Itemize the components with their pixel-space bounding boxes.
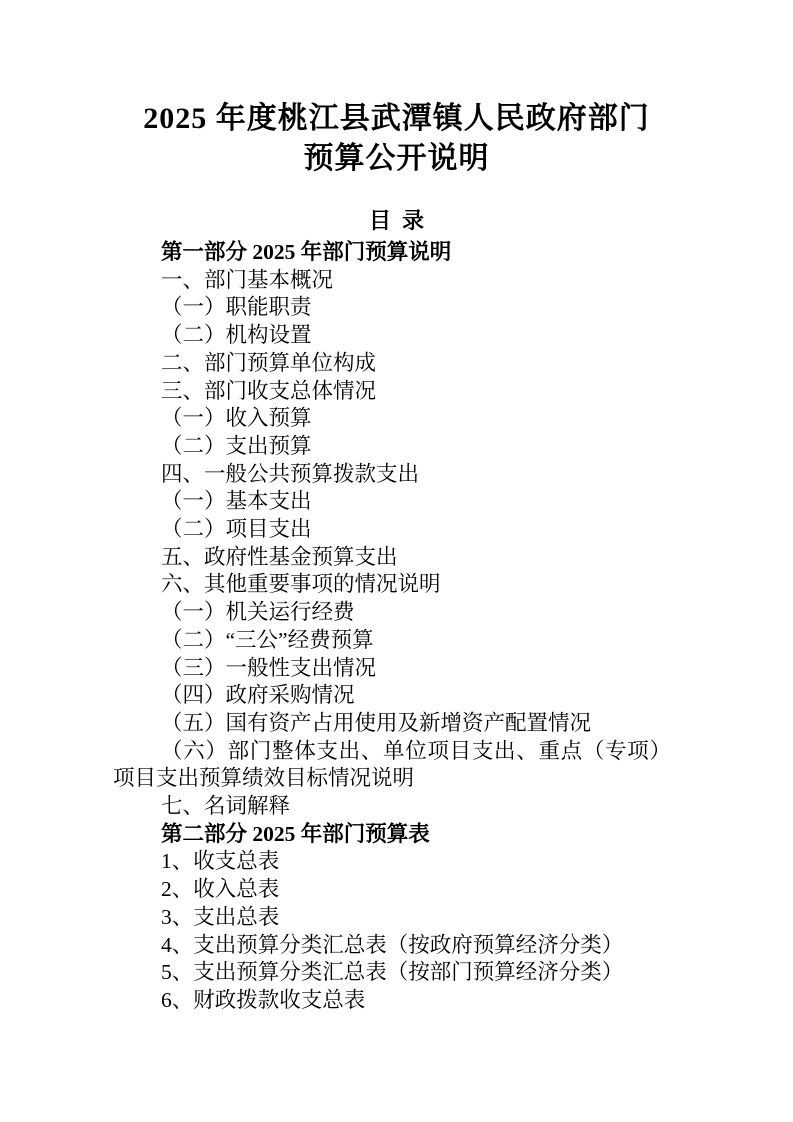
toc-item: 1、收支总表 [113,848,680,876]
toc-item: 项目支出预算绩效目标情况说明 [113,765,680,793]
toc-item: 一、部门基本概况 [113,267,680,295]
toc-item: （一）职能职责 [113,294,680,322]
toc-item: 四、一般公共预算拨款支出 [113,461,680,489]
toc-item: （六）部门整体支出、单位项目支出、重点（专项） [113,738,671,766]
toc-item: 五、政府性基金预算支出 [113,544,680,572]
toc-item: 三、部门收支总体情况 [113,378,680,406]
toc-item: 七、名词解释 [113,793,680,821]
toc-item: 6、财政拨款收支总表 [113,987,680,1015]
toc-item: （一）收入预算 [113,405,680,433]
toc-list: 第一部分 2025 年部门预算说明一、部门基本概况（一）职能职责（二）机构设置二… [113,239,680,1015]
title-line-1: 2025 年度桃江县武潭镇人民政府部门 [0,99,793,139]
toc-item: （二）“三公”经费预算 [113,627,680,655]
toc-item: 第二部分 2025 年部门预算表 [113,821,680,849]
title-line-2: 预算公开说明 [0,139,793,179]
toc-item: 六、其他重要事项的情况说明 [113,571,680,599]
toc-item: 5、支出预算分类汇总表（按部门预算经济分类） [113,959,680,987]
toc-item: 4、支出预算分类汇总表（按政府预算经济分类） [113,932,680,960]
toc-item: 二、部门预算单位构成 [113,350,680,378]
toc-item: 2、收入总表 [113,876,680,904]
toc-item: （四）政府采购情况 [113,682,680,710]
toc-item: （五）国有资产占用使用及新增资产配置情况 [113,710,680,738]
toc-item: 3、支出总表 [113,904,680,932]
document-title: 2025 年度桃江县武潭镇人民政府部门 预算公开说明 [0,99,793,179]
toc-item: 第一部分 2025 年部门预算说明 [113,239,680,267]
toc-heading: 目 录 [0,206,793,236]
toc-item: （二）项目支出 [113,516,680,544]
document-page: 2025 年度桃江县武潭镇人民政府部门 预算公开说明 目 录 第一部分 2025… [0,0,793,1122]
toc-item: （二）支出预算 [113,433,680,461]
toc-item: （一）基本支出 [113,488,680,516]
toc-item: （三）一般性支出情况 [113,655,680,683]
toc-item: （二）机构设置 [113,322,680,350]
toc-item: （一）机关运行经费 [113,599,680,627]
